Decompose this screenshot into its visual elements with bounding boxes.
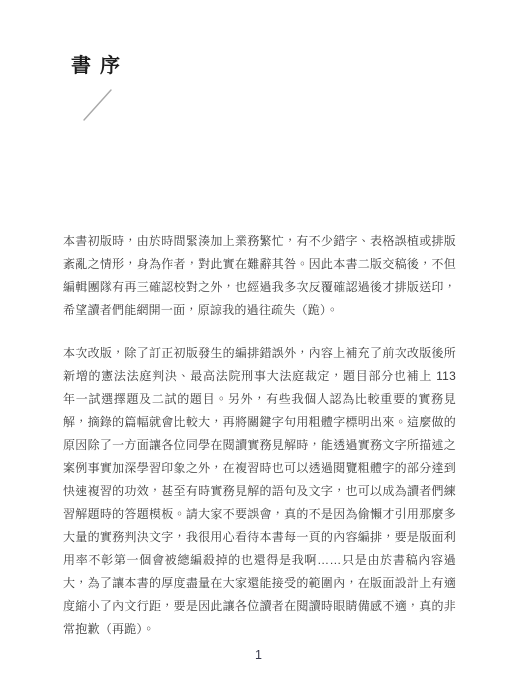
page-number: 1 (0, 648, 517, 662)
page-title: 書序 (71, 54, 129, 78)
preface-paragraph-1: 本書初版時，由於時間緊湊加上業務繁忙，有不少錯字、表格誤植或排版紊亂之情形，身為… (63, 230, 456, 322)
preface-paragraph-2: 本次改版，除了訂正初版發生的編排錯誤外，內容上補充了前次改版後所新增的憲法法庭判… (63, 342, 456, 641)
book-preface-page: 書序 本書初版時，由於時間緊湊加上業務繁忙，有不少錯字、表格誤植或排版紊亂之情形… (0, 0, 517, 700)
preface-body: 本書初版時，由於時間緊湊加上業務繁忙，有不少錯字、表格誤植或排版紊亂之情形，身為… (63, 230, 456, 641)
diagonal-slash-decoration (82, 87, 114, 123)
